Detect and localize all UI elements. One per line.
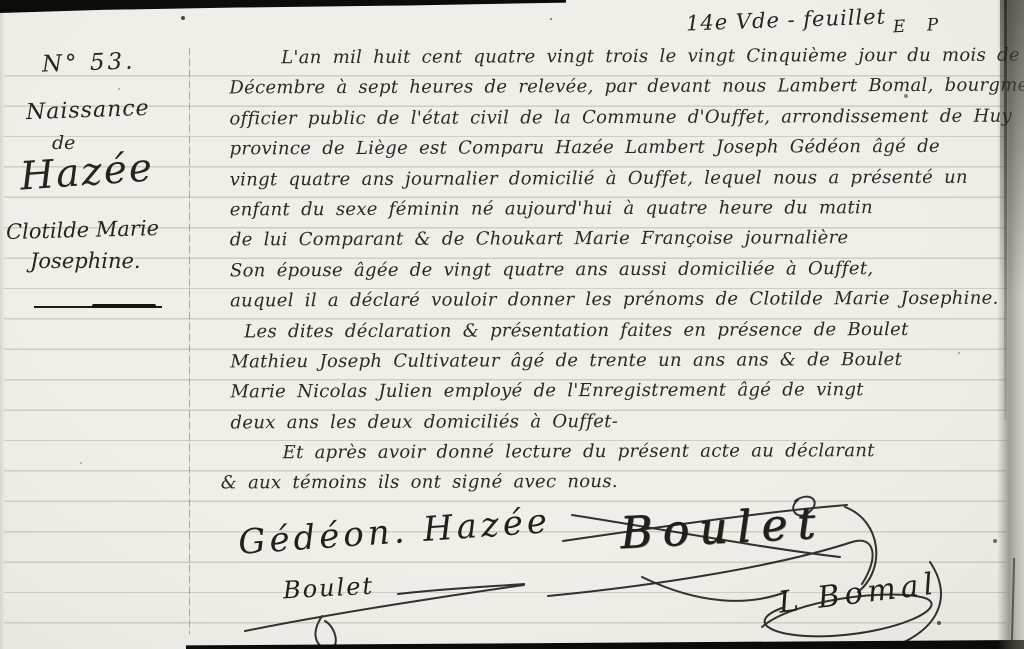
body-line: Marie Nicolas Julien employé de l'Enregi… bbox=[230, 375, 1020, 408]
folio-note: 14e Vde - feuillet bbox=[686, 5, 887, 36]
scan-edge-left bbox=[0, 0, 5, 649]
binding-gutter-line bbox=[1004, 0, 1007, 420]
body-line: Mathieu Joseph Cultivateur âgé de trente… bbox=[230, 345, 1020, 378]
body-line: Les dites déclaration & présentation fai… bbox=[230, 314, 1020, 347]
signature-witness-boulet: Boulet bbox=[282, 572, 374, 605]
signature-officer-bomal: L Bomal bbox=[776, 566, 940, 620]
body-line: auquel il a déclaré vouloir donner les p… bbox=[230, 284, 1020, 317]
margin-title-naissance: Naissance bbox=[26, 96, 150, 125]
signature-declarant: Gédéon. Hazée bbox=[237, 501, 552, 563]
act-body: L'an mil huit cent quatre vingt trois le… bbox=[229, 41, 1021, 500]
margin-name-hazee: Hazée bbox=[19, 145, 156, 199]
body-line: deux ans les deux domiciliés à Ouffet- bbox=[230, 405, 1020, 438]
body-line: Décembre à sept heures de relevée, par d… bbox=[229, 71, 1019, 104]
body-line: officier public de l'état civil de la Co… bbox=[229, 101, 1019, 134]
signature-boulet-large: Boulet bbox=[619, 498, 826, 560]
margin-name-line2: Clotilde Marie bbox=[6, 216, 160, 244]
body-line: enfant du sexe féminin né aujourd'hui à … bbox=[230, 193, 1020, 226]
register-page: N° 53. Naissance de Hazée Clotilde Marie… bbox=[0, 0, 1024, 649]
body-line: L'an mil huit cent quatre vingt trois le… bbox=[229, 41, 1019, 74]
margin-rule bbox=[189, 48, 190, 634]
body-line: de lui Comparant & de Choukart Marie Fra… bbox=[230, 223, 1020, 256]
body-line: province de Liège est Comparu Hazée Lamb… bbox=[230, 132, 1020, 165]
margin-act-number: N° 53. bbox=[42, 48, 136, 77]
body-line: Et après avoir donné lecture du présent … bbox=[231, 436, 1021, 469]
body-line: vingt quatre ans journalier domicilié à … bbox=[230, 162, 1020, 195]
scan-specks bbox=[0, 0, 2, 2]
clerk-initials: E P bbox=[893, 15, 947, 38]
body-line: & aux témoins ils ont signé avec nous. bbox=[221, 466, 1021, 499]
scan-edge-top bbox=[0, 0, 566, 13]
margin-underline-heavy bbox=[92, 304, 156, 308]
margin-name-line3: Josephine. bbox=[30, 249, 141, 273]
scan-edge-bottom bbox=[186, 640, 1024, 649]
body-line: Son épouse âgée de vingt quatre ans auss… bbox=[230, 253, 1020, 286]
